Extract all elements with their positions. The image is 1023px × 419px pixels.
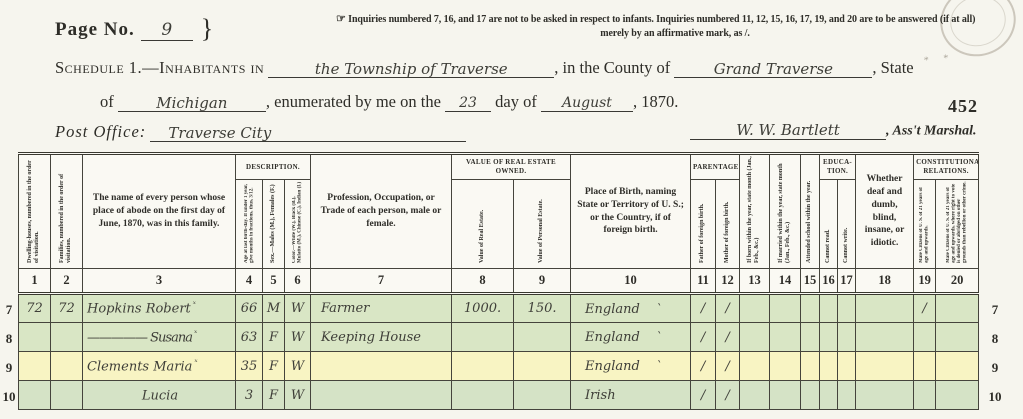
column-number-row: 1 2 3 4 5 6 7 8 9 10 11 12 13 14 15 16 1… [19,269,979,294]
group-education: Educa-tion. [820,154,856,180]
group-constitutional: Constitutional Relations. [914,154,979,180]
instructions-line2: merely by an affirmative mark, as /. [336,27,1014,41]
page-no-label: Page No. [55,19,135,40]
day-of-label: day of [495,92,537,111]
post-office-label: Post Office: [55,122,146,141]
line-number-left: 8 [2,331,16,347]
occupation-cell: Keeping House [311,323,452,352]
citizen-cell [914,352,936,381]
birthplace-cell: England` [571,294,691,323]
citizen-cell [914,323,936,352]
color-cell: W [285,352,311,381]
school-cell [801,294,820,323]
county-label: , in the County of [554,58,670,77]
col-header-born-month: If born within the year, state month (Ja… [740,154,770,269]
mother-foreign-cell: / [716,381,740,410]
born-month-cell [740,323,770,352]
school-cell [801,352,820,381]
col-header-school: Attended school within the year. [801,154,820,269]
col-header-birthplace: Place of Birth, naming State or Territor… [571,154,691,269]
occupation-cell: Farmer [311,294,452,323]
real-estate-cell [452,381,514,410]
mother-foreign-cell: / [716,352,740,381]
instructions: ☞ Inquiries numbered 7, 16, and 17 are n… [336,12,1014,40]
citizen-cell [914,381,936,410]
enumerated-label: , enumerated by me on the [266,92,441,111]
father-foreign-cell: / [691,323,716,352]
sex-cell: F [263,381,285,410]
page-no-row: Page No.9} [55,14,213,44]
color-cell: W [285,294,311,323]
father-foreign-cell: / [691,381,716,410]
post-office-line: Post Office: Traverse City [55,122,466,142]
birthplace-cell: Irish [571,381,691,410]
brace: } [201,14,213,43]
line-number-right: 7 [988,302,1002,318]
personal-estate-cell: 150. [514,294,571,323]
col-header-families: Families, numbered in the order of visit… [51,154,83,269]
col-header-profession: Profession, Occupation, or Trade of each… [311,154,452,269]
record-row-7[interactable]: 72 72 Hopkins Robertˣ 66 M W Farmer 1000… [19,294,979,323]
age-cell: 3 [236,381,263,410]
col-header-personal-estate-value: Value of Personal Estate. [514,180,571,269]
post-office-field: Traverse City [150,125,466,143]
occupation-cell [311,352,452,381]
stamp-mark: * * [923,52,954,66]
personal-estate-cell [514,323,571,352]
county-field: Grand Traverse [674,61,872,79]
color-cell: W [285,323,311,352]
citizen-denied-cell [936,323,979,352]
real-estate-cell: 1000. [452,294,514,323]
married-month-cell [770,294,801,323]
census-page: * * Page No.9} ☞ Inquiries numbered 7, 1… [0,0,1023,419]
age-cell: 66 [236,294,263,323]
married-month-cell [770,352,801,381]
col-header-deaf: Whether deaf and dumb, blind, insane, or… [856,154,914,269]
sex-cell: M [263,294,285,323]
pointing-hand-icon: ☞ [336,13,346,25]
line-number-right: 9 [988,360,1002,376]
mother-foreign-cell: / [716,294,740,323]
cannot-read-cell [820,352,838,381]
citizen-cell: / [914,294,936,323]
married-month-cell [770,381,801,410]
dwelling-cell [19,323,51,352]
school-cell [801,323,820,352]
cannot-read-cell [820,294,838,323]
dwelling-cell: 72 [19,294,51,323]
township-field: the Township of Traverse [268,61,554,79]
page-no-value: 9 [161,20,172,40]
instructions-line1: Inquiries numbered 7, 16, and 17 are not… [348,14,975,25]
schedule-line-2: of Michigan, enumerated by me on the 23 … [100,92,678,112]
name-cell: Lucia [83,381,236,410]
line-number-right: 10 [988,389,1002,405]
personal-estate-cell [514,381,571,410]
school-cell [801,381,820,410]
cannot-read-cell [820,381,838,410]
family-cell [51,381,83,410]
col-header-sex: Sex.—Males (M.), Females (F.) [263,180,285,269]
record-row-10[interactable]: Lucia 3 F W Irish / / [19,381,979,410]
col-header-color: Color.—White (W.), Black (B.), Mulatto (… [285,180,311,269]
real-estate-cell [452,323,514,352]
cannot-write-cell [838,352,856,381]
citizen-denied-cell [936,352,979,381]
sheet-number: 452 [948,96,978,117]
day-field: 23 [445,96,491,112]
family-cell [51,352,83,381]
col-header-cannot-read: Cannot read. [820,180,838,269]
marshal-signature: W. W. Bartlett [690,122,886,140]
marshal-title: , Ass't Marshal. [886,124,977,139]
father-foreign-cell: / [691,352,716,381]
born-month-cell [740,294,770,323]
record-row-9[interactable]: Clements Mariaˣ 35 F W England` / / [19,352,979,381]
citizen-denied-cell [936,294,979,323]
mother-foreign-cell: / [716,323,740,352]
married-month-cell [770,323,801,352]
dwelling-cell [19,381,51,410]
of-label: of [100,92,114,111]
name-cell: ————— Susanaˣ [83,323,236,352]
col-header-dwelling: Dwelling-houses, numbered in the order o… [19,154,51,269]
census-table: Dwelling-houses, numbered in the order o… [18,152,979,410]
cannot-write-cell [838,294,856,323]
line-number-left: 10 [2,389,16,405]
sex-cell: F [263,323,285,352]
deaf-cell [856,352,914,381]
line-number-right: 8 [988,331,1002,347]
age-cell: 63 [236,323,263,352]
col-header-age: Age at last birth-day. If under 1 year, … [236,180,263,269]
col-header-married-month: If married within the year, state month … [770,154,801,269]
personal-estate-cell [514,352,571,381]
family-cell: 72 [51,294,83,323]
col-header-real-estate-value: Value of Real Estate. [452,180,514,269]
birthplace-cell: England` [571,323,691,352]
col-header-father-foreign: Father of foreign birth. [691,180,716,269]
schedule-line-1: Schedule 1.—Inhabitants in the Township … [55,58,914,78]
born-month-cell [740,381,770,410]
col-header-cannot-write: Cannot write. [838,180,856,269]
line-number-left: 9 [2,360,16,376]
group-real-estate: Value of Real Estate Owned. [452,154,571,180]
dwelling-cell [19,352,51,381]
line-number-left: 7 [2,302,16,318]
group-parentage: Parentage. [691,154,740,180]
marshal-line: W. W. Bartlett, Ass't Marshal. [690,122,977,140]
name-cell: Clements Mariaˣ [83,352,236,381]
col-header-mother-foreign: Mother of foreign birth. [716,180,740,269]
state-suffix: , State [872,58,913,77]
group-description: Description. [236,154,311,180]
deaf-cell [856,381,914,410]
family-cell [51,323,83,352]
deaf-cell [856,294,914,323]
deaf-cell [856,323,914,352]
month-field: August [541,96,633,112]
cannot-write-cell [838,323,856,352]
birthplace-cell: England` [571,352,691,381]
state-field: Michigan [118,95,266,113]
sex-cell: F [263,352,285,381]
citizen-denied-cell [936,381,979,410]
color-cell: W [285,381,311,410]
record-row-8[interactable]: ————— Susanaˣ 63 F W Keeping House Engla… [19,323,979,352]
schedule-label: Schedule 1.—Inhabitants in [55,58,264,77]
year-suffix: , 1870. [633,92,678,111]
born-month-cell [740,352,770,381]
real-estate-cell [452,352,514,381]
cannot-write-cell [838,381,856,410]
col-header-male-citizen: Male Citizens of U. S. of 21 years of ag… [914,180,936,269]
col-header-male-citizen-denied: Male Citizens of U. S. of 21 years of ag… [936,180,979,269]
occupation-cell [311,381,452,410]
col-header-name: The name of every person whose place of … [83,154,236,269]
age-cell: 35 [236,352,263,381]
cannot-read-cell [820,323,838,352]
name-cell: Hopkins Robertˣ [83,294,236,323]
father-foreign-cell: / [691,294,716,323]
